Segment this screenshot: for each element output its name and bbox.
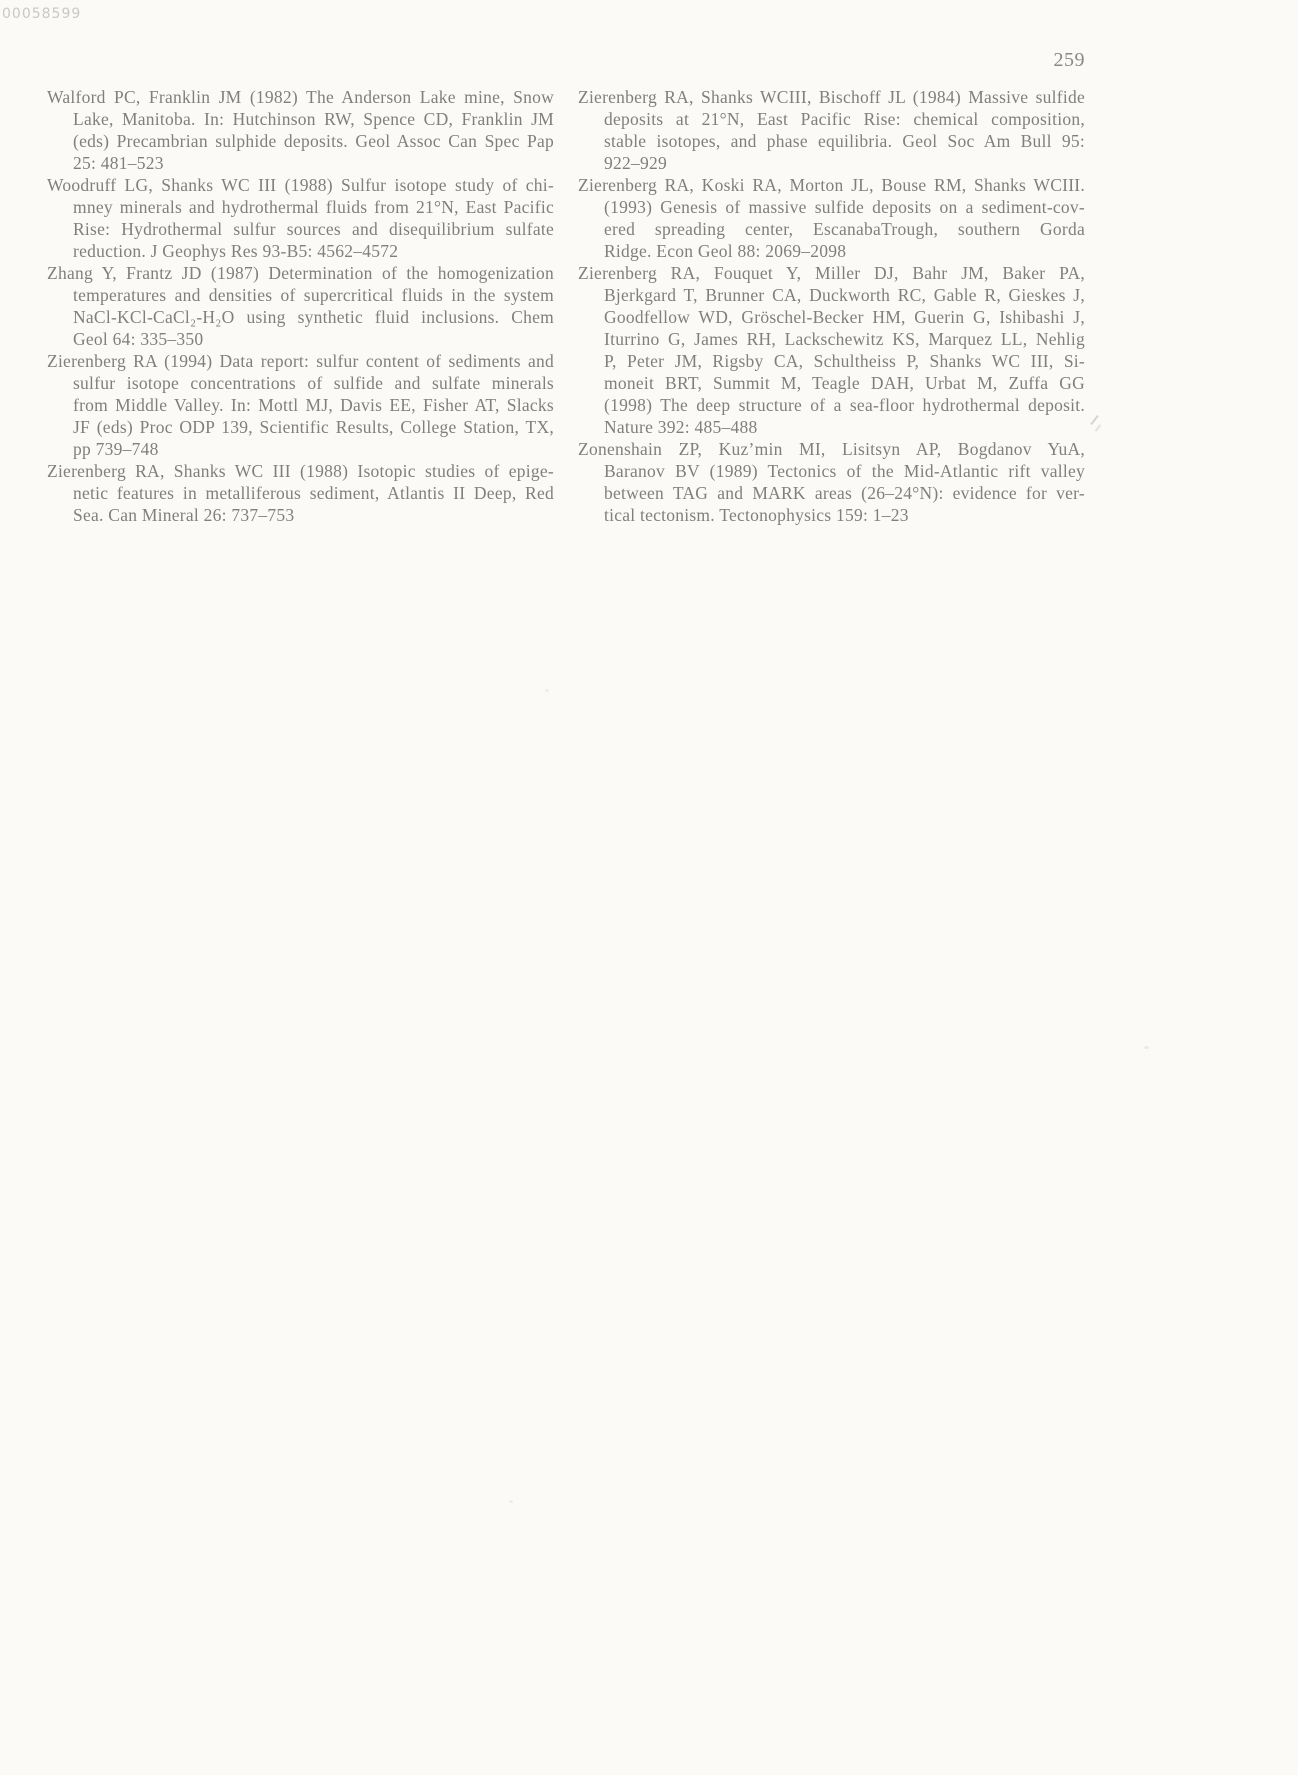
reference-entry: Zierenberg RA, Shanks WCIII, Bischoff JL… — [578, 86, 1085, 174]
reference-line: NaCl-KCl-CaCl₂-H₂O using synthetic fluid… — [47, 306, 554, 328]
reference-line: Nature 392: 485–488 — [578, 416, 1085, 438]
reference-line: reduction. J Geophys Res 93-B5: 4562–457… — [47, 240, 554, 262]
reference-line: netic features in metalliferous sediment… — [47, 482, 554, 504]
reference-entry: Zierenberg RA, Shanks WC III (1988) Isot… — [47, 460, 554, 526]
scan-artifact — [509, 1500, 513, 1503]
reference-line: 922–929 — [578, 152, 1085, 174]
reference-line: tical tectonism. Tectonophysics 159: 1–2… — [578, 504, 1085, 526]
reference-line: Goodfellow WD, Gröschel-Becker HM, Gueri… — [578, 306, 1085, 328]
references-column-left: Walford PC, Franklin JM (1982) The Ander… — [47, 86, 554, 526]
reference-entry: Zhang Y, Frantz JD (1987) Determination … — [47, 262, 554, 350]
reference-line: JF (eds) Proc ODP 139, Scientific Result… — [47, 416, 554, 438]
scan-artifact — [1095, 424, 1102, 432]
reference-line: temperatures and densities of supercriti… — [47, 284, 554, 306]
reference-line: Lake, Manitoba. In: Hutchinson RW, Spenc… — [47, 108, 554, 130]
reference-line: Zierenberg RA, Koski RA, Morton JL, Bous… — [578, 174, 1085, 196]
reference-line: Rise: Hydrothermal sulfur sources and di… — [47, 218, 554, 240]
reference-line: Zierenberg RA (1994) Data report: sulfur… — [47, 350, 554, 372]
reference-line: P, Peter JM, Rigsby CA, Schultheiss P, S… — [578, 350, 1085, 372]
reference-line: Bjerkgard T, Brunner CA, Duckworth RC, G… — [578, 284, 1085, 306]
reference-line: Zierenberg RA, Shanks WC III (1988) Isot… — [47, 460, 554, 482]
reference-line: Baranov BV (1989) Tectonics of the Mid-A… — [578, 460, 1085, 482]
scan-artifact — [545, 689, 549, 692]
reference-line: Zhang Y, Frantz JD (1987) Determination … — [47, 262, 554, 284]
reference-line: (eds) Precambrian sulphide deposits. Geo… — [47, 130, 554, 152]
reference-line: stable isotopes, and phase equilibria. G… — [578, 130, 1085, 152]
reference-line: Sea. Can Mineral 26: 737–753 — [47, 504, 554, 526]
references-column-right: Zierenberg RA, Shanks WCIII, Bischoff JL… — [578, 86, 1085, 526]
reference-line: 25: 481–523 — [47, 152, 554, 174]
reference-entry: Zierenberg RA, Fouquet Y, Miller DJ, Bah… — [578, 262, 1085, 438]
reference-entry: Zonenshain ZP, Kuz’min MI, Lisitsyn AP, … — [578, 438, 1085, 526]
scanned-document-page: 00058599 259 Walford PC, Franklin JM (19… — [0, 0, 1298, 1775]
reference-entry: Zierenberg RA (1994) Data report: sulfur… — [47, 350, 554, 460]
reference-entry: Woodruff LG, Shanks WC III (1988) Sulfur… — [47, 174, 554, 262]
reference-line: Woodruff LG, Shanks WC III (1988) Sulfur… — [47, 174, 554, 196]
scan-artifact — [1090, 415, 1098, 425]
reference-line: from Middle Valley. In: Mottl MJ, Davis … — [47, 394, 554, 416]
reference-line: Ridge. Econ Geol 88: 2069–2098 — [578, 240, 1085, 262]
reference-line: mney minerals and hydrothermal fluids fr… — [47, 196, 554, 218]
reference-line: (1998) The deep structure of a sea-floor… — [578, 394, 1085, 416]
reference-line: Zonenshain ZP, Kuz’min MI, Lisitsyn AP, … — [578, 438, 1085, 460]
page-number: 259 — [1005, 49, 1085, 72]
reference-entry: Walford PC, Franklin JM (1982) The Ander… — [47, 86, 554, 174]
reference-line: ered spreading center, EscanabaTrough, s… — [578, 218, 1085, 240]
reference-line: Iturrino G, James RH, Lackschewitz KS, M… — [578, 328, 1085, 350]
reference-line: pp 739–748 — [47, 438, 554, 460]
reference-line: (1993) Genesis of massive sulfide deposi… — [578, 196, 1085, 218]
scan-id: 00058599 — [2, 6, 81, 22]
reference-line: deposits at 21°N, East Pacific Rise: che… — [578, 108, 1085, 130]
reference-line: Geol 64: 335–350 — [47, 328, 554, 350]
scan-artifact — [1144, 1046, 1149, 1049]
reference-line: Zierenberg RA, Shanks WCIII, Bischoff JL… — [578, 86, 1085, 108]
reference-line: moneit BRT, Summit M, Teagle DAH, Urbat … — [578, 372, 1085, 394]
reference-line: Zierenberg RA, Fouquet Y, Miller DJ, Bah… — [578, 262, 1085, 284]
reference-line: Walford PC, Franklin JM (1982) The Ander… — [47, 86, 554, 108]
reference-entry: Zierenberg RA, Koski RA, Morton JL, Bous… — [578, 174, 1085, 262]
reference-line: sulfur isotope concentrations of sulfide… — [47, 372, 554, 394]
reference-line: between TAG and MARK areas (26–24°N): ev… — [578, 482, 1085, 504]
